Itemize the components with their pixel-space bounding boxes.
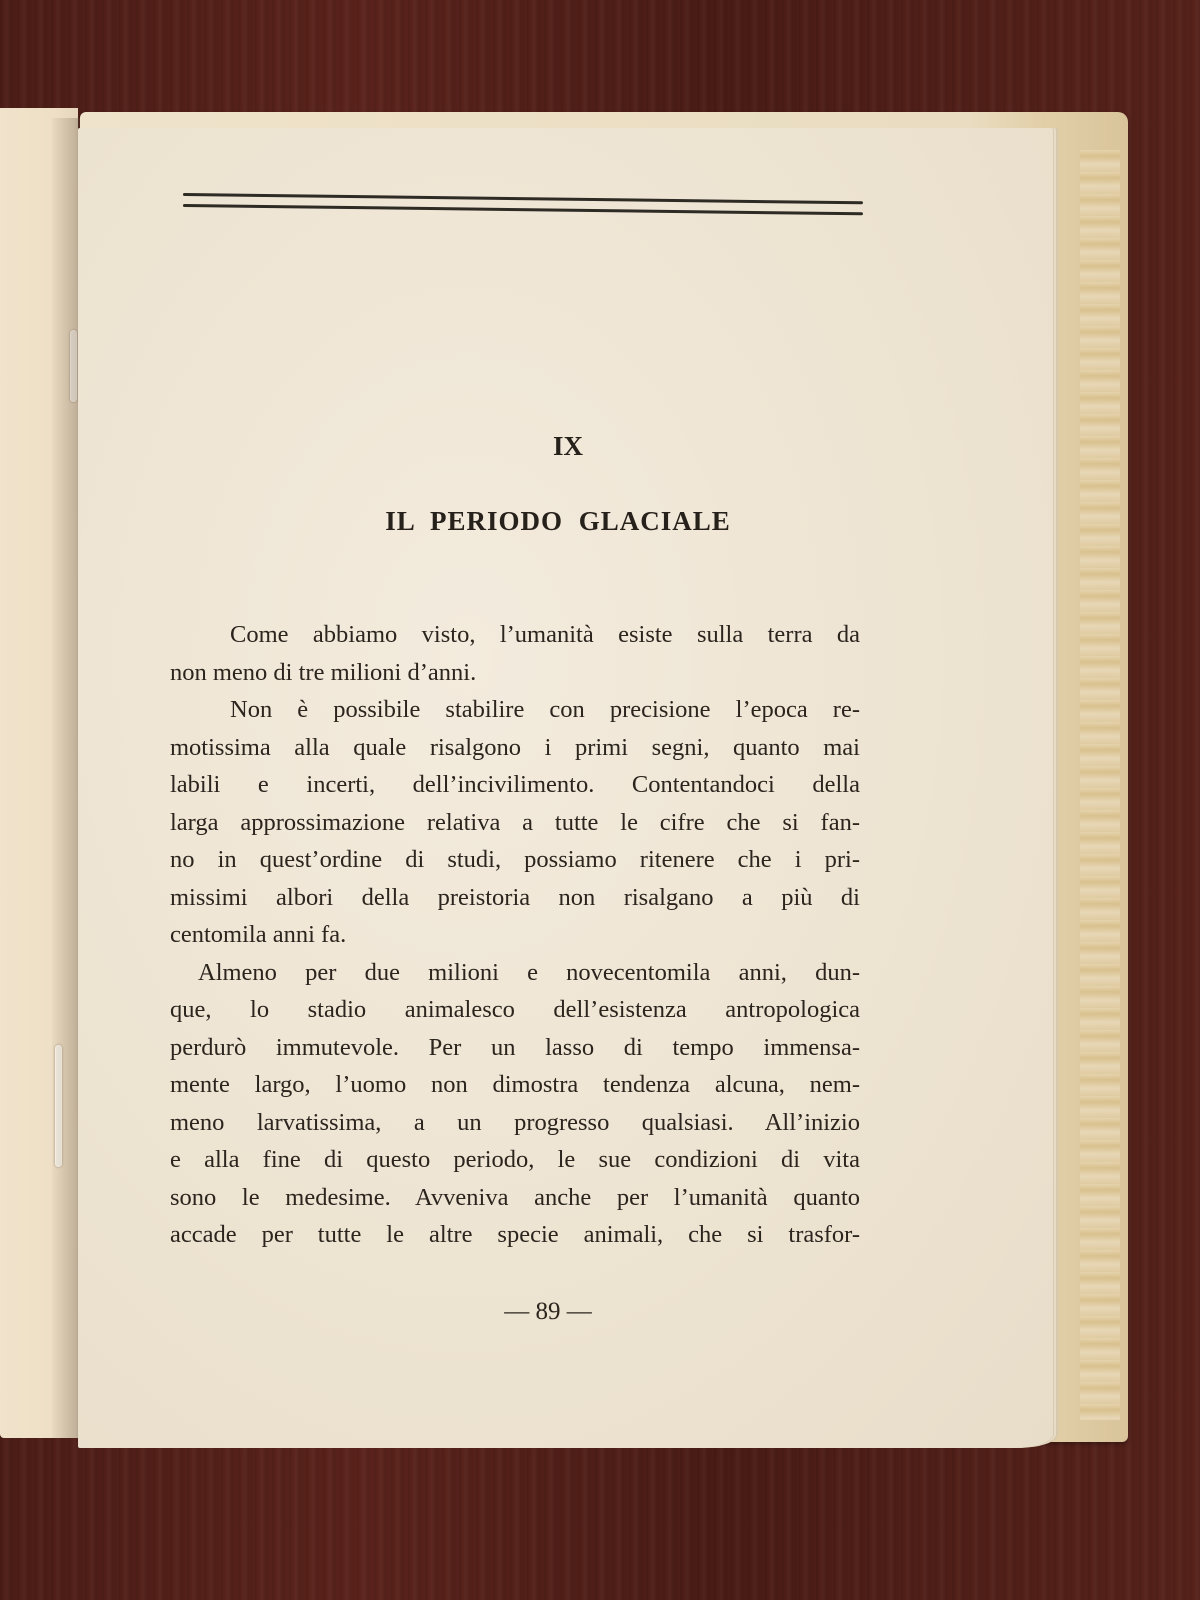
text-line: Almeno per due milioni e novecentomila a… <box>170 954 860 992</box>
body-text: Come abbiamo visto, l’umanità esiste sul… <box>170 616 860 1254</box>
rule-line-bottom <box>183 204 863 215</box>
text-line: accade per tutte le altre specie animali… <box>170 1216 860 1254</box>
text-line: missimi albori della preistoria non risa… <box>170 879 860 917</box>
text-line: Come abbiamo visto, l’umanità esiste sul… <box>170 616 860 654</box>
text-line: non meno di tre milioni d’anni. <box>170 654 860 692</box>
text-line: motissima alla quale risalgono i primi s… <box>170 729 860 767</box>
text-line: que, lo stadio animalesco dell’esistenza… <box>170 991 860 1029</box>
book-page: IX IL PERIODO GLACIALE Come abbiamo vist… <box>78 128 1053 1448</box>
text-line: e alla fine di questo periodo, le sue co… <box>170 1141 860 1179</box>
page-number: — 89 — <box>78 1298 988 1326</box>
decorative-double-rule <box>183 193 863 207</box>
text-line: mente largo, l’uomo non dimostra tendenz… <box>170 1066 860 1104</box>
text-line: Non è possibile stabilire con precisione… <box>170 691 860 729</box>
text-line: no in quest’ordine di studi, possiamo ri… <box>170 841 860 879</box>
text-line: labili e incerti, dell’incivilimento. Co… <box>170 766 860 804</box>
text-line: centomila anni fa. <box>170 916 860 954</box>
text-line: meno larvatissima, a un progresso qualsi… <box>170 1104 860 1142</box>
rule-line-top <box>183 193 863 204</box>
cover-spine-stripe <box>1080 150 1120 1420</box>
chapter-number: IX <box>78 431 1018 462</box>
text-line: larga approssimazione relativa a tutte l… <box>170 804 860 842</box>
text-line: perdurò immutevole. Per un lasso di temp… <box>170 1029 860 1067</box>
text-line: sono le medesime. Avveniva anche per l’u… <box>170 1179 860 1217</box>
chapter-title: IL PERIODO GLACIALE <box>78 506 1008 537</box>
